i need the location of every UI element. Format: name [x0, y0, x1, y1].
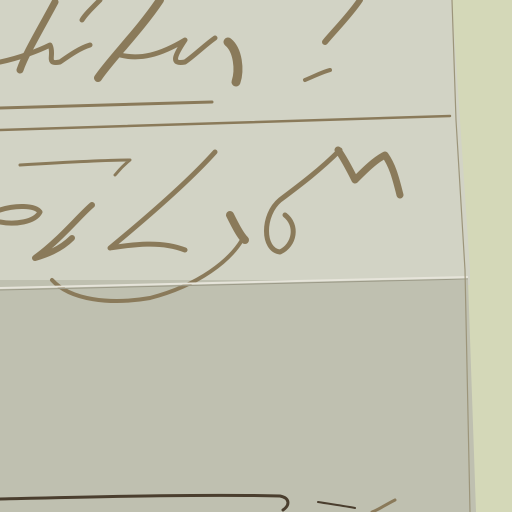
handwriting-strokes: [0, 0, 512, 512]
document-photo: Close-up photograph of an old handwritte…: [0, 0, 512, 512]
